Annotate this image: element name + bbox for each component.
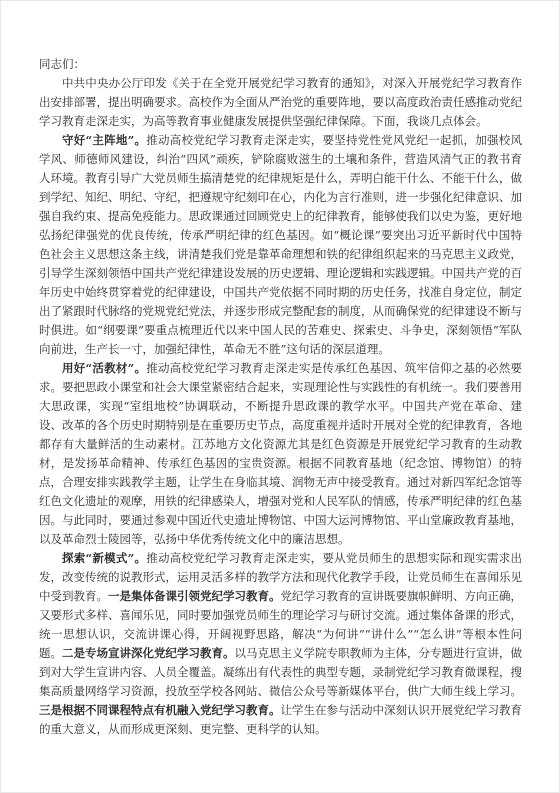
document-body: 同志们：中共中央办公厅印发《关于在全党开展党纪学习教育的通知》，对深入开展党纪学… — [39, 55, 522, 739]
bold-lead-run: 二是专场宣讲深化党纪学习教育。 — [62, 646, 235, 660]
text-run: 推动高校党纪学习教育走深走实是传承红色基因、筑牢信仰之基的必然要求。要把思政小课… — [39, 361, 522, 546]
bold-lead-run: 一是集体备课引领党纪学习教育。 — [108, 589, 281, 603]
paragraph-intro: 中共中央办公厅印发《关于在全党开展党纪学习教育的通知》，对深入开展党纪学习教育作… — [39, 74, 522, 131]
paragraph-main-position: 守好“主阵地”。推动高校党纪学习教育走深走实，要坚持党性党风党纪一起抓，加强校风… — [39, 131, 522, 359]
bold-lead-run: 守好“主阵地”。 — [62, 133, 146, 147]
salutation: 同志们： — [39, 55, 522, 74]
text-run: 同志们： — [39, 57, 85, 71]
text-run: 中共中央办公厅印发《关于在全党开展党纪学习教育的通知》，对深入开展党纪学习教育作… — [39, 76, 522, 128]
bold-lead-run: 探索“新模式”。 — [62, 551, 146, 565]
document-page: 同志们：中共中央办公厅印发《关于在全党开展党纪学习教育的通知》，对深入开展党纪学… — [0, 0, 560, 793]
paragraph-new-model: 探索“新模式”。推动高校党纪学习教育走深走实，要从党员师生的思想实际和现实需求出… — [39, 549, 522, 739]
bold-lead-run: 三是根据不同课程特点有机融入党纪学习教育。 — [39, 703, 281, 717]
text-run: 推动高校党纪学习教育走深走实，要坚持党性党风党纪一起抓，加强校风学风、师德师风建… — [39, 133, 522, 356]
paragraph-living-textbook: 用好“活教材”。推动高校党纪学习教育走深走实是传承红色基因、筑牢信仰之基的必然要… — [39, 359, 522, 549]
bold-lead-run: 用好“活教材”。 — [62, 361, 146, 375]
